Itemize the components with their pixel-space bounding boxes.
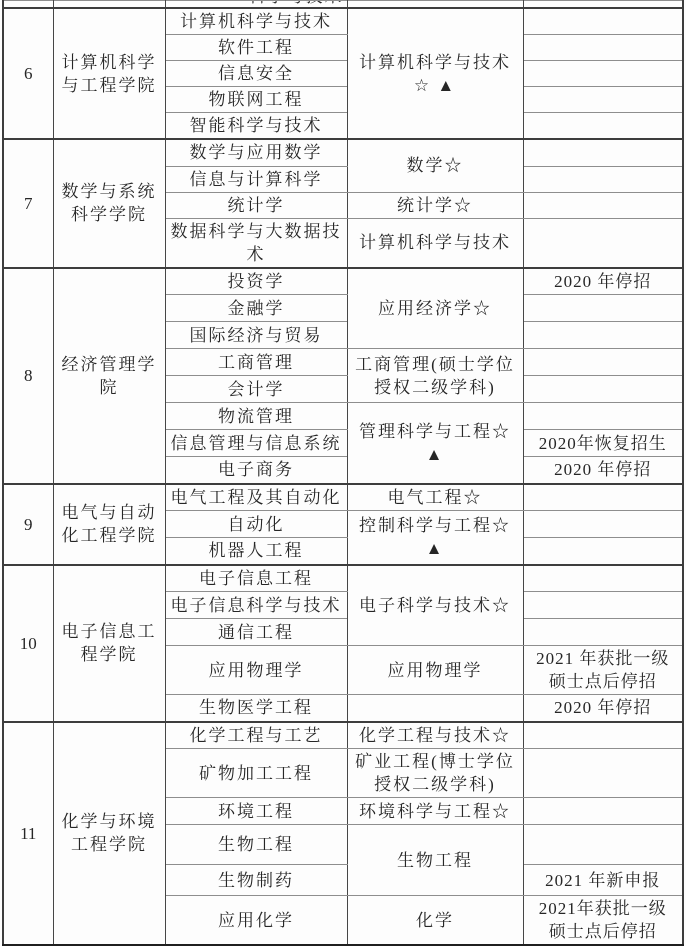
cell-note: 2021年获批一级 硕士点后停招: [523, 896, 683, 946]
cell-discipline-name: 数学☆: [347, 139, 523, 192]
cell-discipline-name: 计算机科学与技术 ☆ ▲: [347, 8, 523, 139]
cell-major-name: 物流管理: [165, 403, 347, 430]
cell-discipline-name: 工商管理(硕士学位 授权二级学科): [347, 349, 523, 403]
cell-major-name: 金融学: [165, 295, 347, 322]
cell-note: [523, 749, 683, 798]
cell-note: [523, 61, 683, 87]
partial-cell-no: [3, 1, 53, 9]
cell-note: 2021 年获批一级 硕士点后停招: [523, 646, 683, 695]
cell-discipline-name: 化学: [347, 896, 523, 946]
cell-major-name: 会计学: [165, 376, 347, 403]
partial-cell-note: [523, 1, 683, 9]
cell-college-name: 经济管理学 院: [53, 268, 165, 484]
cell-major-name: 生物制药: [165, 865, 347, 896]
cell-note: 2020 年停招: [523, 268, 683, 295]
cell-note: 2020 年停招: [523, 695, 683, 722]
college-section-7: 7数学与系统 科学学院数学与应用数学数学☆信息与计算科学统计学统计学☆数据科学与…: [3, 139, 683, 268]
cell-discipline-name: 生物工程: [347, 825, 523, 896]
cell-major-name: 工商管理: [165, 349, 347, 376]
cell-major-name: 信息管理与信息系统: [165, 430, 347, 457]
cell-college-name: 电子信息工 程学院: [53, 565, 165, 722]
cell-major-name: 计算机科学与技术: [165, 8, 347, 35]
cell-major-name: 应用化学: [165, 896, 347, 946]
cell-note: [523, 166, 683, 192]
cell-note: [523, 538, 683, 565]
partial-cell-major: 科学与技术: [165, 1, 347, 9]
cell-major-name: 化学工程与工艺: [165, 722, 347, 749]
cell-major-name: 电子信息工程: [165, 565, 347, 592]
cell-note: [523, 218, 683, 268]
cell-major-name: 数据科学与大数据技 术: [165, 218, 347, 268]
cell-note: [523, 484, 683, 511]
cell-college-name: 化学与环境 工程学院: [53, 722, 165, 946]
cell-note: [523, 798, 683, 825]
cell-note: [523, 8, 683, 35]
college-section-6: 6计算机科学 与工程学院计算机科学与技术计算机科学与技术 ☆ ▲软件工程信息安全…: [3, 8, 683, 139]
cell-section-number: 8: [3, 268, 53, 484]
cell-discipline-name: 统计学☆: [347, 192, 523, 218]
clipped-text-fragment: 科学与技术: [249, 1, 344, 9]
cell-note: [523, 403, 683, 430]
cell-major-name: 信息与计算科学: [165, 166, 347, 192]
cell-major-name: 矿物加工工程: [165, 749, 347, 798]
cell-note: [523, 825, 683, 865]
cell-major-name: 投资学: [165, 268, 347, 295]
table-row: 10电子信息工 程学院电子信息工程电子科学与技术☆: [3, 565, 683, 592]
cell-major-name: 统计学: [165, 192, 347, 218]
cell-major-name: 机器人工程: [165, 538, 347, 565]
cell-section-number: 11: [3, 722, 53, 946]
cell-discipline-name: 管理科学与工程☆ ▲: [347, 403, 523, 484]
cell-note: [523, 565, 683, 592]
table-row: 6计算机科学 与工程学院计算机科学与技术计算机科学与技术 ☆ ▲: [3, 8, 683, 35]
cell-major-name: 物联网工程: [165, 87, 347, 113]
cell-major-name: 生物工程: [165, 825, 347, 865]
cell-college-name: 电气与自动 化工程学院: [53, 484, 165, 565]
college-section-11: 11化学与环境 工程学院化学工程与工艺化学工程与技术☆矿物加工工程矿业工程(博士…: [3, 722, 683, 946]
cell-major-name: 通信工程: [165, 619, 347, 646]
partial-cell-college: [53, 1, 165, 9]
cell-major-name: 软件工程: [165, 35, 347, 61]
cell-discipline-name: 计算机科学与技术: [347, 218, 523, 268]
cell-discipline-name: 化学工程与技术☆: [347, 722, 523, 749]
catalog-table: 科学与技术 6计算机科学 与工程学院计算机科学与技术计算机科学与技术 ☆ ▲软件…: [2, 0, 684, 946]
cell-major-name: 电子信息科学与技术: [165, 592, 347, 619]
table-body: 科学与技术: [3, 1, 683, 9]
document-page: 科学与技术 6计算机科学 与工程学院计算机科学与技术计算机科学与技术 ☆ ▲软件…: [0, 0, 686, 946]
cell-note: [523, 722, 683, 749]
cell-note: [523, 376, 683, 403]
cell-major-name: 生物医学工程: [165, 695, 347, 722]
college-section-10: 10电子信息工 程学院电子信息工程电子科学与技术☆电子信息科学与技术通信工程应用…: [3, 565, 683, 722]
cell-note: [523, 349, 683, 376]
cell-note: [523, 192, 683, 218]
cell-note: [523, 511, 683, 538]
cell-major-name: 智能科学与技术: [165, 113, 347, 140]
college-section-8: 8经济管理学 院投资学应用经济学☆2020 年停招金融学国际经济与贸易工商管理工…: [3, 268, 683, 484]
cell-major-name: 电气工程及其自动化: [165, 484, 347, 511]
cell-section-number: 6: [3, 8, 53, 139]
cell-major-name: 环境工程: [165, 798, 347, 825]
partial-top-row: 科学与技术: [3, 1, 683, 9]
cell-note: [523, 87, 683, 113]
table-row: 7数学与系统 科学学院数学与应用数学数学☆: [3, 139, 683, 166]
cell-discipline-name: 应用经济学☆: [347, 268, 523, 349]
cell-discipline-name: 电气工程☆: [347, 484, 523, 511]
cell-major-name: 电子商务: [165, 457, 347, 484]
table-row: 8经济管理学 院投资学应用经济学☆2020 年停招: [3, 268, 683, 295]
cell-note: [523, 592, 683, 619]
cell-discipline-name: 环境科学与工程☆: [347, 798, 523, 825]
cell-note: 2021 年新申报: [523, 865, 683, 896]
cell-note: [523, 35, 683, 61]
cell-discipline-name: 控制科学与工程☆ ▲: [347, 511, 523, 565]
cell-note: [523, 295, 683, 322]
table-row: 9电气与自动 化工程学院电气工程及其自动化电气工程☆: [3, 484, 683, 511]
cell-major-name: 自动化: [165, 511, 347, 538]
cell-note: [523, 322, 683, 349]
cell-major-name: 信息安全: [165, 61, 347, 87]
cell-discipline-name: 应用物理学: [347, 646, 523, 695]
cell-major-name: 应用物理学: [165, 646, 347, 695]
cell-note: [523, 113, 683, 140]
cell-discipline-name: 电子科学与技术☆: [347, 565, 523, 646]
table-row: 11化学与环境 工程学院化学工程与工艺化学工程与技术☆: [3, 722, 683, 749]
cell-college-name: 数学与系统 科学学院: [53, 139, 165, 268]
cell-major-name: 国际经济与贸易: [165, 322, 347, 349]
cell-note: 2020 年停招: [523, 457, 683, 484]
cell-section-number: 10: [3, 565, 53, 722]
cell-note: [523, 139, 683, 166]
cell-note: [523, 619, 683, 646]
college-section-9: 9电气与自动 化工程学院电气工程及其自动化电气工程☆自动化控制科学与工程☆ ▲机…: [3, 484, 683, 565]
cell-discipline-name: 矿业工程(博士学位 授权二级学科): [347, 749, 523, 798]
cell-note: 2020年恢复招生: [523, 430, 683, 457]
cell-section-number: 7: [3, 139, 53, 268]
cell-college-name: 计算机科学 与工程学院: [53, 8, 165, 139]
cell-discipline-name: [347, 695, 523, 722]
cell-section-number: 9: [3, 484, 53, 565]
partial-cell-disc: [347, 1, 523, 9]
cell-major-name: 数学与应用数学: [165, 139, 347, 166]
